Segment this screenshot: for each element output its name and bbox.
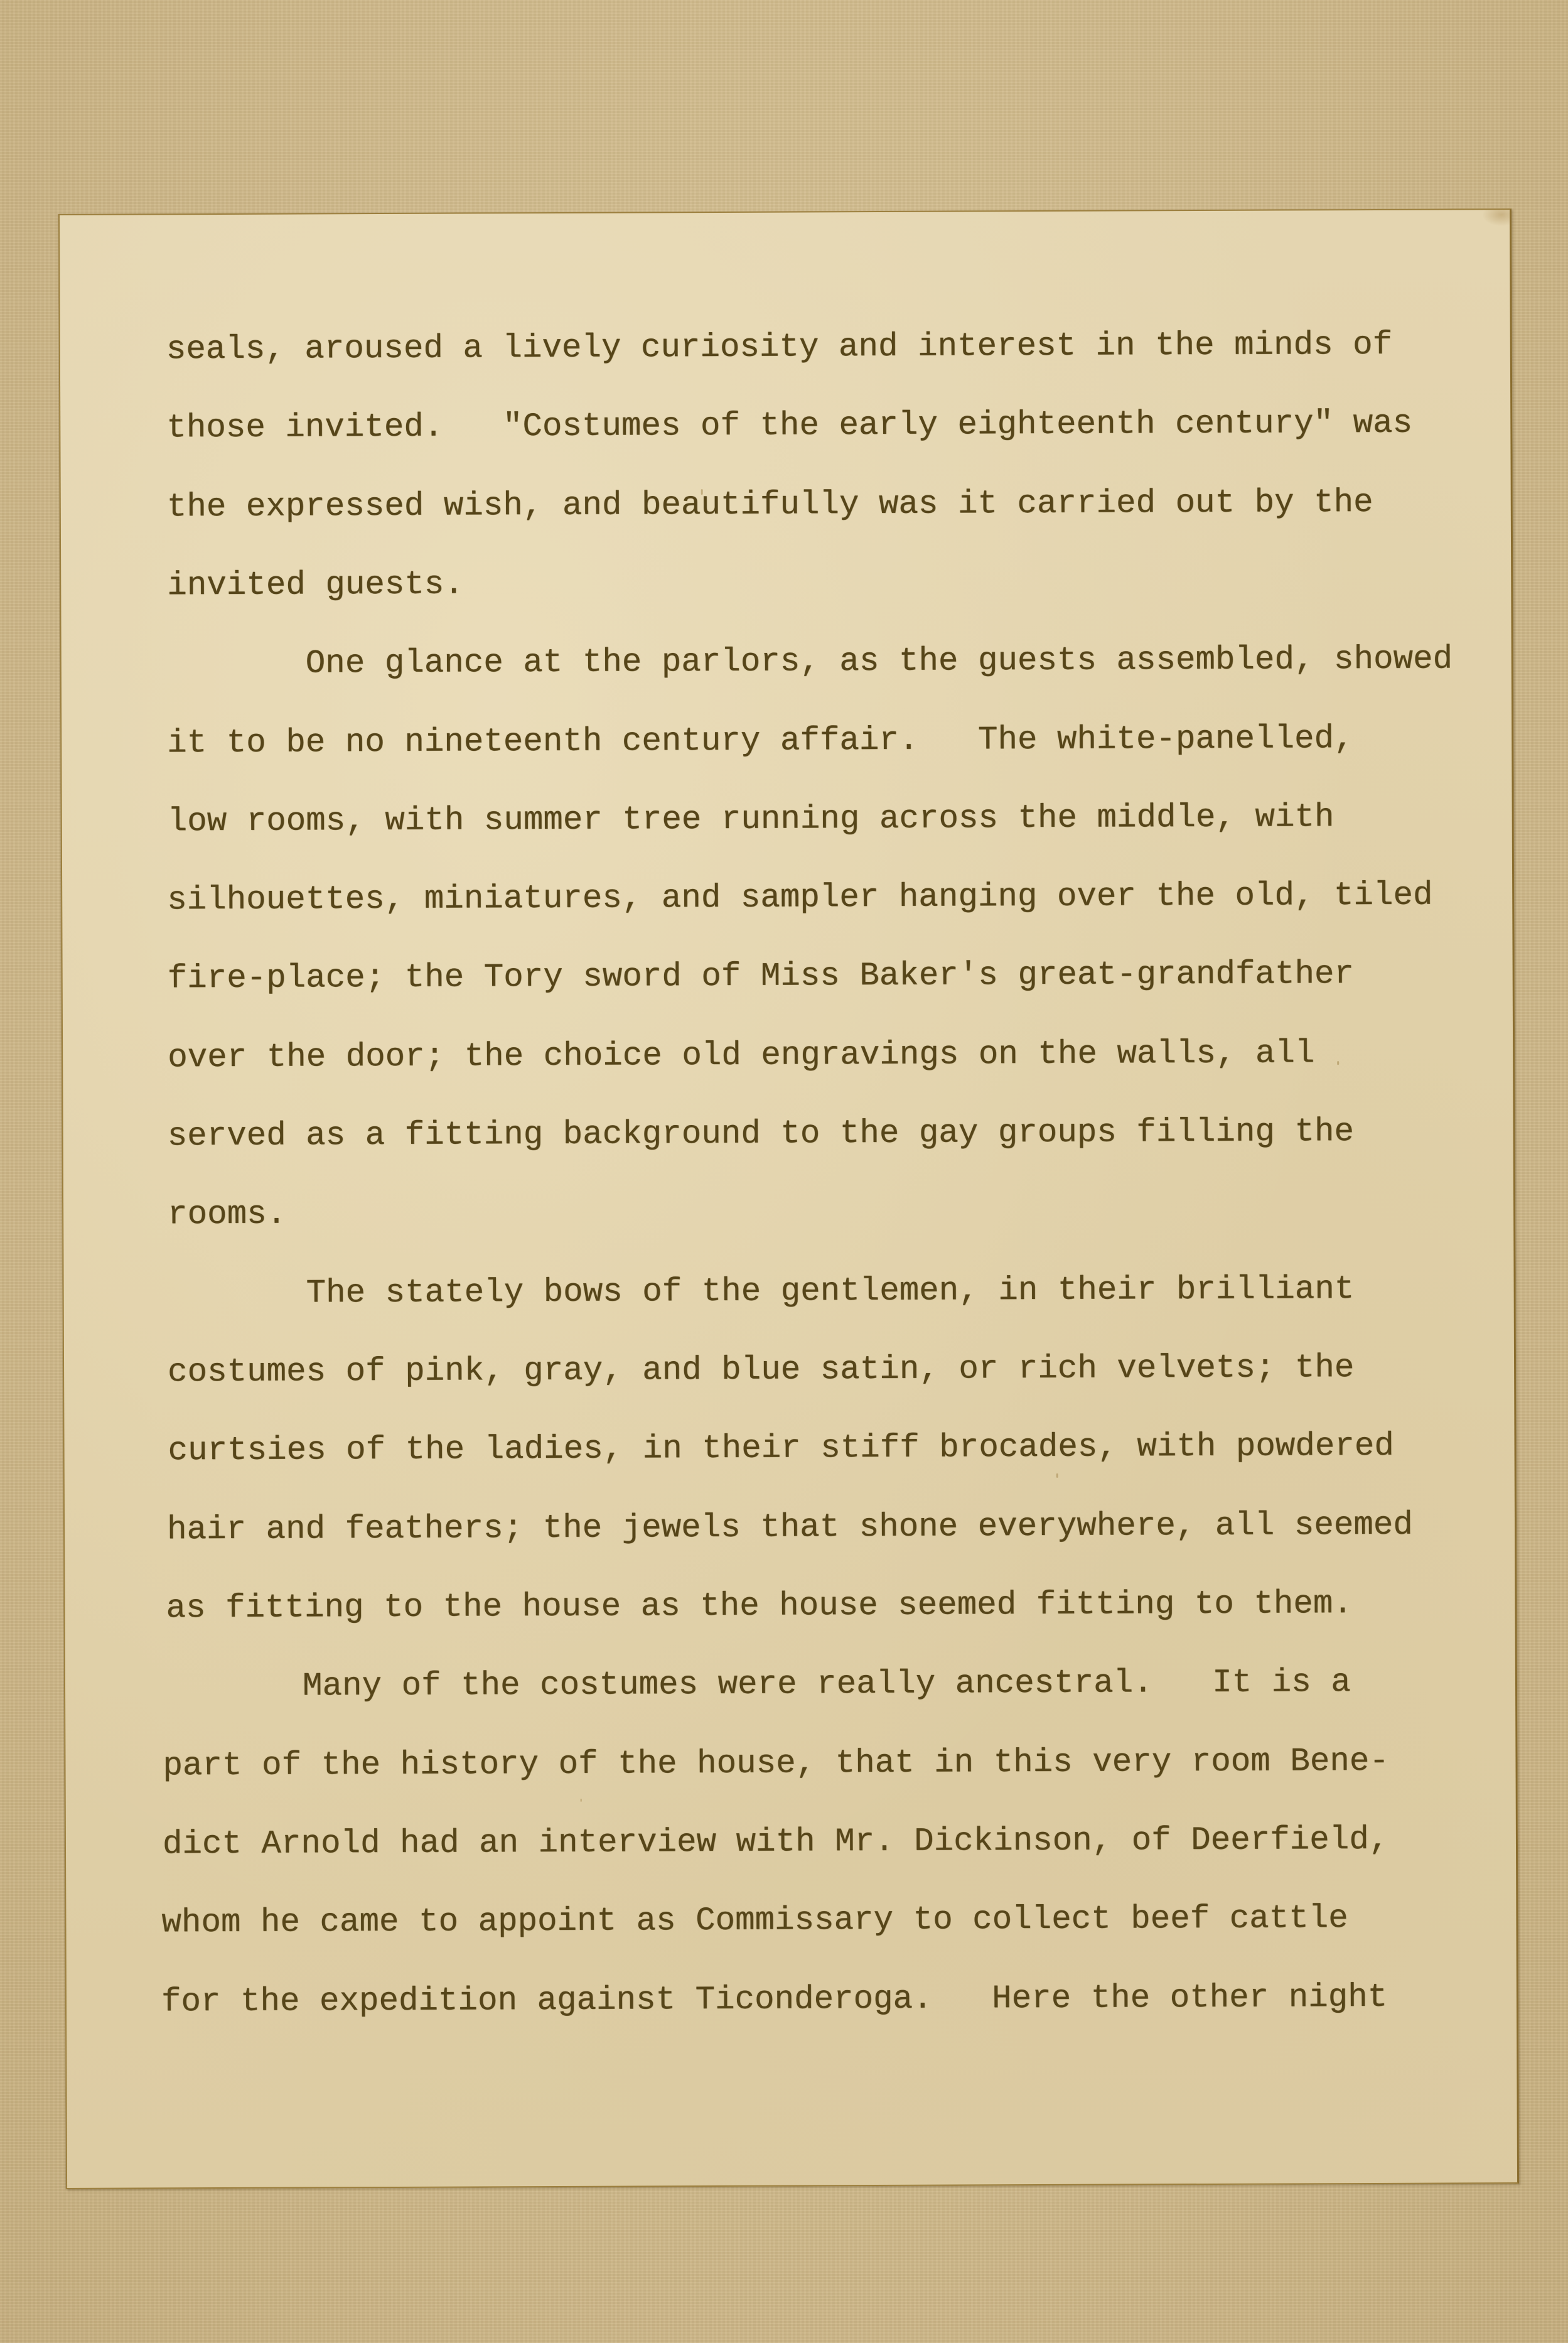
text-line: those invited. "Costumes of the early ei… [166,407,1412,444]
text-line: rooms. [168,1198,286,1231]
paper-speck [581,1799,582,1802]
text-line: it to be no nineteenth century affair. T… [167,722,1354,760]
paragraph-first-line: The stately bows of the gentlemen, in th… [306,1273,1355,1310]
text-line: dict Arnold had an interview with Mr. Di… [163,1823,1389,1861]
text-line: curtsies of the ladies, in their stiff b… [168,1430,1394,1467]
text-line: over the door; the choice old engravings… [168,1037,1315,1074]
page-corner-wear [1482,210,1510,226]
paragraph-first-line: One glance at the parlors, as the guests… [306,642,1453,680]
text-line: the expressed wish, and beautifully was … [167,486,1373,524]
text-line: low rooms, with summer tree running acro… [168,800,1334,838]
text-line: seals, aroused a lively curiosity and in… [166,328,1393,366]
text-line: fire-place; the Tory sword of Miss Baker… [168,957,1355,995]
paragraph-first-line: Many of the costumes were really ancestr… [303,1666,1351,1703]
text-line: costumes of pink, gray, and blue satin, … [168,1351,1355,1389]
text-line: as fitting to the house as the house see… [166,1587,1353,1625]
paper-speck [1337,1061,1339,1065]
text-line: hair and feathers; the jewels that shone… [167,1509,1413,1546]
text-line: served as a fitting background to the ga… [168,1115,1355,1153]
paper-speck [1056,1473,1058,1478]
text-line: part of the history of the house, that i… [163,1745,1389,1782]
paper-speck [701,489,703,495]
typewritten-page: seals, aroused a lively curiosity and in… [58,208,1519,2189]
text-line: for the expedition against Ticonderoga. … [161,1981,1388,2018]
text-line: silhouettes, miniatures, and sampler han… [167,879,1433,917]
text-line: invited guests. [167,568,464,602]
text-line: whom he came to appoint as Commissary to… [161,1902,1348,1939]
